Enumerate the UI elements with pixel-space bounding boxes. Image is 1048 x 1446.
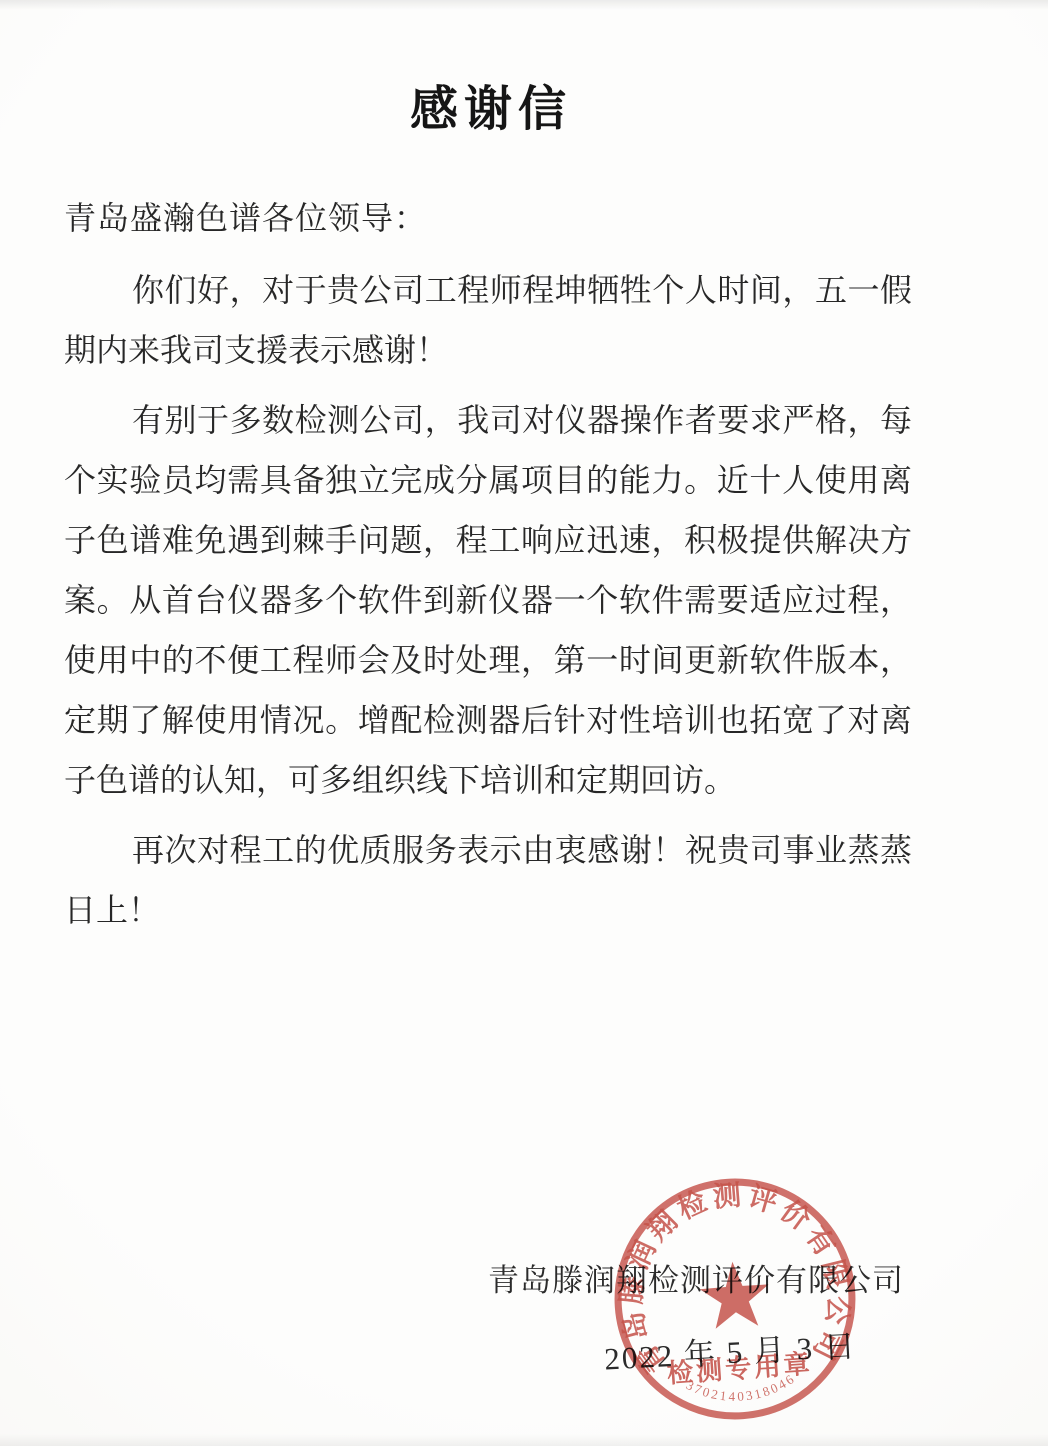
paragraph: 再次对程工的优质服务表示由衷感谢！祝贵司事业蒸蒸 日上！ <box>64 820 912 940</box>
seal-star-icon <box>698 1259 771 1329</box>
body-line: 有别于多数检测公司，我司对仪器操作者要求严格，每 <box>64 390 912 450</box>
body-line: 子色谱难免遇到棘手问题，程工响应迅速，积极提供解决方 <box>64 510 912 570</box>
paragraph: 有别于多数检测公司，我司对仪器操作者要求严格，每 个实验员均需具备独立完成分属项… <box>64 390 912 810</box>
body-line: 日上！ <box>64 880 912 940</box>
salutation: 青岛盛瀚色谱各位领导： <box>64 188 912 248</box>
body-line: 你们好，对于贵公司工程师程坤牺牲个人时间，五一假 <box>64 260 912 320</box>
body-line: 定期了解使用情况。增配检测器后针对性培训也拓宽了对离 <box>64 690 912 750</box>
company-seal-stamp: 青岛滕润翔检测评价有限公司 检测专用章 3702140318046 <box>601 1165 870 1434</box>
paragraph: 你们好，对于贵公司工程师程坤牺牲个人时间，五一假 期内来我司支援表示感谢！ <box>64 260 912 380</box>
body-line: 个实验员均需具备独立完成分属项目的能力。近十人使用离 <box>64 450 912 510</box>
letter-body: 感谢信 青岛盛瀚色谱各位领导： 你们好，对于贵公司工程师程坤牺牲个人时间，五一假… <box>64 74 912 950</box>
body-line: 再次对程工的优质服务表示由衷感谢！祝贵司事业蒸蒸 <box>64 820 912 880</box>
body-line: 案。从首台仪器多个软件到新仪器一个软件需要适应过程， <box>64 570 912 630</box>
body-line: 期内来我司支援表示感谢！ <box>64 320 912 380</box>
page-title: 感谢信 <box>64 74 912 146</box>
letter-page: 感谢信 青岛盛瀚色谱各位领导： 你们好，对于贵公司工程师程坤牺牲个人时间，五一假… <box>0 0 1048 1446</box>
body-line: 子色谱的认知，可多组织线下培训和定期回访。 <box>64 750 912 810</box>
body-line: 使用中的不便工程师会及时处理，第一时间更新软件版本， <box>64 630 912 690</box>
